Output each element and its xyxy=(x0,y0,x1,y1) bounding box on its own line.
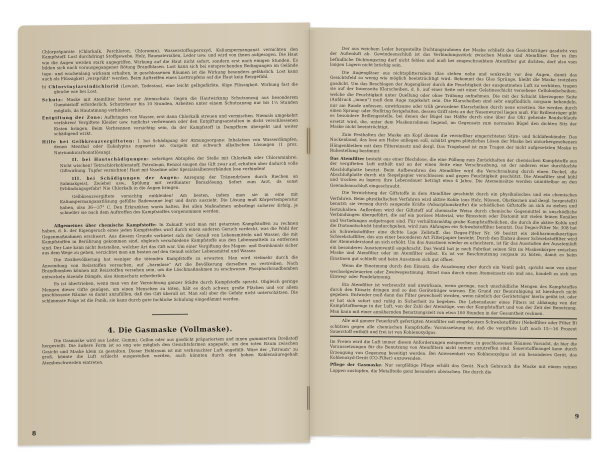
right-page: Der aus weichem Leder hergestellte Dicht… xyxy=(310,28,591,439)
open-booklet: Chlorpräparate (Chlorkalk, Perchloron, C… xyxy=(0,0,600,467)
term-hilfe: Hilfe bei Gelbkreuzvergifteten: I. bei S… xyxy=(42,136,298,155)
sub-item-ii: II. bei Hautschädigungen: sofortiges Abt… xyxy=(42,155,298,174)
paragraph: Die Zivilbevölkerung hat weniger die töt… xyxy=(42,255,298,279)
list-item-b: b) Chlorvinylarsindichlorid (Lewisit, To… xyxy=(42,81,298,95)
paragraph-text: Die Vernichtung der Giftstoffe in dem At… xyxy=(330,190,577,262)
binding-gutter xyxy=(303,30,317,440)
paragraph-text: Ein Atemfilter ist verbraucht und unwirk… xyxy=(330,281,577,315)
section-divider xyxy=(152,314,188,315)
paragraph: Wenn die Einatmung durch den Einsatz, di… xyxy=(330,263,577,282)
paragraph: Im Freien wird die Luft immer diesen Anf… xyxy=(330,338,577,362)
boxed-note: Alle mit ganzer Feuerkraft gefertigten A… xyxy=(330,316,577,339)
paragraph-allgemeines: Allgemeines über chemische Kampfstoffe: … xyxy=(42,220,298,255)
note-text: Alle mit ganzer Feuerkraft gefertigten A… xyxy=(330,318,577,335)
staple-top xyxy=(307,128,310,154)
page-number: 8 xyxy=(32,430,36,437)
paragraph: Es ist übertrieben, wenn man von der Ver… xyxy=(42,279,298,303)
paragraph-text: Chlorpräparate (Chlorkalk, Perchloron, C… xyxy=(42,47,298,82)
staple-bottom xyxy=(307,386,310,410)
paragraph: Gelbkreuzvergiftete vorsichtig entkleide… xyxy=(42,191,298,215)
paragraph: Chlorpräparate (Chlorkalk, Perchloron, C… xyxy=(42,47,298,82)
paragraph: Die Augengläser aus nichtsplitterndem Gl… xyxy=(330,70,577,133)
right-page-text: Der aus weichem Leder hergestellte Dicht… xyxy=(330,46,577,378)
paragraph: Die Vernichtung der Giftstoffe in dem At… xyxy=(330,190,577,263)
paragraph-text: Es ist übertrieben, wenn man von der Ver… xyxy=(42,279,298,303)
sub-item-iii: III. bei Schädigungen der Augen: Anregun… xyxy=(42,173,298,192)
paragraph-text: Gelbkreuzvergiftete vorsichtig entkleide… xyxy=(60,191,298,215)
paragraph: Ein Atemfilter ist verbraucht und unwirk… xyxy=(330,281,577,316)
section-heading: 4. Die Gasmaske (Vollmaske). xyxy=(42,324,298,336)
page-number: 9 xyxy=(575,413,579,420)
paragraph-text: Wenn die Einatmung durch den Einsatz, di… xyxy=(330,263,577,279)
paragraph-text: Im Freien wird die Luft immer diesen Anf… xyxy=(330,338,577,360)
paragraph-text: besteht aus einer Blechdose, die eine Fü… xyxy=(330,156,577,189)
paragraph-atemfilter: Das Atemfilter besteht aus einer Blechdo… xyxy=(330,155,577,190)
item-label: b) xyxy=(42,84,46,89)
term-heading: Schutz: xyxy=(42,97,63,102)
left-page: Chlorpräparate (Chlorkalk, Perchloron, C… xyxy=(18,22,310,445)
paragraph: Zum Festhalten der Maske am Kopf dienen … xyxy=(330,132,577,156)
paragraph: Der aus weichem Leder hergestellte Dicht… xyxy=(330,46,577,70)
paragraph-text: Der aus weichem Leder hergestellte Dicht… xyxy=(330,46,577,68)
term-entgiftung: Entgiftung der Zone: Aufbringen von Wass… xyxy=(42,113,298,137)
paragraph-text: Die Zivilbevölkerung hat weniger die töt… xyxy=(42,255,298,279)
term-schutz: Schutz: Maske mit Atemfilter bietet nur … xyxy=(42,94,298,113)
paragraph-pflege: Pflege der Gasmaske. Nur sorgfältige Pfl… xyxy=(330,362,577,375)
paragraph-text: Maske mit Atemfilter bietet nur Atemschu… xyxy=(54,94,298,112)
paragraph-text: Die Gasmaske wird aus Leder, Gummi, Cell… xyxy=(42,336,298,365)
paragraph-text: Zum Festhalten der Maske am Kopf dienen … xyxy=(330,132,577,154)
left-page-text: Chlorpräparate (Chlorkalk, Perchloron, C… xyxy=(42,47,298,368)
paragraph-text: Die Augengläser aus nichtsplitterndem Gl… xyxy=(330,70,577,130)
paragraph: Die Gasmaske wird aus Leder, Gummi, Cell… xyxy=(42,336,298,366)
